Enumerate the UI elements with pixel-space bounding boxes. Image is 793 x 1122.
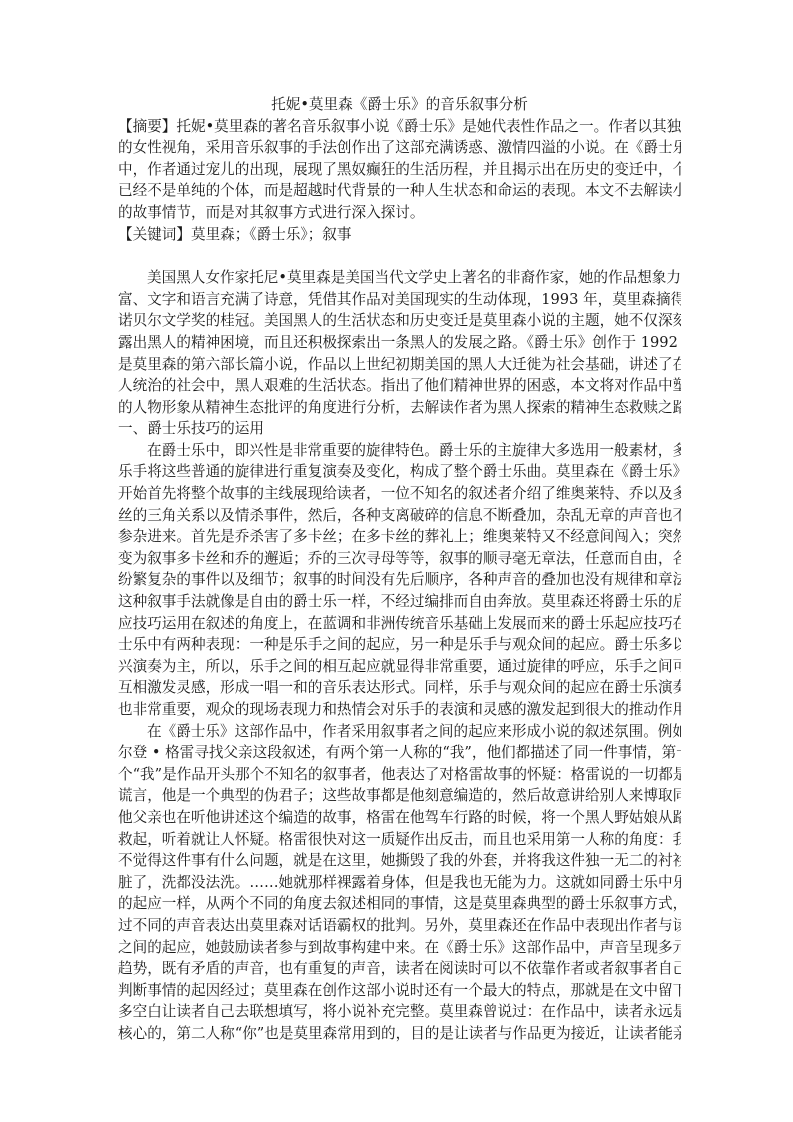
section1-paragraph-2: 在《爵士乐》这部作品中，作者采用叙事者之间的起应来形成小说的叙述氛围。例如戈 尔… — [118, 721, 681, 1045]
intro-paragraph: 美国黑人女作家托尼•莫里森是美国当代文学史上著名的非裔作家，她的作品想象力丰 富… — [118, 267, 681, 418]
abstract-line: 已经不是单纯的个体，而是超越时代背景的一种人生状态和命运的表现。本文不去解读小说 — [118, 180, 681, 202]
paragraph-line: 过不同的声音表达出莫里森对话语霸权的批判。另外，莫里森还在作品中表现出作者与读者 — [118, 915, 681, 937]
abstract-line: 中，作者通过宠儿的出现，展现了黑奴癫狂的生活历程，并且揭示出在历史的变迁中，个人 — [118, 159, 681, 181]
abstract-line: 的故事情节，而是对其叙事方式进行深入探讨。 — [118, 202, 681, 224]
paragraph-line: 救起，听着就让人怀疑。格雷很快对这一质疑作出反击，而且也采用第一人称的角度：我并 — [118, 829, 681, 851]
paragraph-line: 这种叙事手法就像是自由的爵士乐一样，不经过编排而自由奔放。莫里森还将爵士乐的启起 — [118, 591, 681, 613]
paragraph-line: 丝的三角关系以及情杀事件，然后，各种支离破碎的信息不断叠加，杂乱无章的声音也不断 — [118, 505, 681, 527]
paragraph-line: 不觉得这件事有什么问题，就是在这里，她撕毁了我的外套，并将我这件独一无二的衬衫弄 — [118, 850, 681, 872]
abstract: 【摘要】托妮•莫里森的著名音乐叙事小说《爵士乐》是她代表性作品之一。作者以其独特… — [118, 116, 681, 224]
paragraph-line: 参杂进来。首先是乔杀害了多卡丝；在多卡丝的葬礼上；维奥莱特又不经意间闯入；突然转 — [118, 526, 681, 548]
paragraph-line: 脏了，洗都没法洗。……她就那样裸露着身体，但是我也无能为力。这就如同爵士乐中乐手 — [118, 872, 681, 894]
paragraph-line: 之间的起应，她鼓励读者参与到故事构建中来。在《爵士乐》这部作品中，声音呈现多元化 — [118, 937, 681, 959]
paragraph-line: 诺贝尔文学奖的桂冠。美国黑人的生活状态和历史变迁是莫里森小说的主题，她不仅深刻揭 — [118, 310, 681, 332]
paragraph-line: 应技巧运用在叙述的角度上，在蓝调和非洲传统音乐基础上发展而来的爵士乐起应技巧在爵 — [118, 613, 681, 635]
paragraph-line: 露出黑人的精神困境，而且还积极探索出一条黑人的发展之路。《爵士乐》创作于 199… — [118, 332, 681, 354]
paragraph-line: 他父亲也在听他讲述这个编造的故事，格雷在他驾车行路的时候，将一个黑人野姑娘从路边 — [118, 807, 681, 829]
paragraph-line: 富、文字和语言充满了诗意，凭借其作品对美国现实的生动体现，1993 年，莫里森摘… — [118, 289, 681, 311]
paragraph-line: 核心的，第二人称“你”也是莫里森常用到的，目的是让读者与作品更为接近，让读者能亲 — [118, 1023, 681, 1045]
keywords: 【关键词】莫里森；《爵士乐》；叙事 — [118, 224, 681, 246]
paragraph-line: 纷繁复杂的事件以及细节；叙事的时间没有先后顺序，各种声音的叠加也没有规律和章法。 — [118, 569, 681, 591]
spacer — [118, 245, 681, 267]
paragraph-line: 趋势，既有矛盾的声音，也有重复的声音，读者在阅读时可以不依靠作者或者叙事者自己去 — [118, 958, 681, 980]
paragraph-line: 变为叙事多卡丝和乔的邂逅；乔的三次寻母等等，叙事的顺寻毫无章法，任意而自由，各种 — [118, 548, 681, 570]
paragraph-line: 多空白让读者自己去联想填写，将小说补充完整。莫里森曾说过：在作品中，读者永远是最 — [118, 1001, 681, 1023]
paragraph-line: 开始首先将整个故事的主线展现给读者，一位不知名的叙述者介绍了维奥莱特、乔以及多卡 — [118, 483, 681, 505]
document-title: 托妮•莫里森《爵士乐》的音乐叙事分析 — [118, 94, 681, 116]
paragraph-line: 判断事情的起因经过；莫里森在创作这部小说时还有一个最大的特点，那就是在文中留下许 — [118, 980, 681, 1002]
document-page: 托妮•莫里森《爵士乐》的音乐叙事分析 【摘要】托妮•莫里森的著名音乐叙事小说《爵… — [118, 94, 681, 1045]
paragraph-line: 也非常重要，观众的现场表现力和热情会对乐手的表演和灵感的激发起到很大的推动作用。 — [118, 699, 681, 721]
section1-paragraph-1: 在爵士乐中，即兴性是非常重要的旋律特色。爵士乐的主旋律大多选用一般素材，多拉 乐… — [118, 440, 681, 721]
paragraph-line: 在爵士乐中，即兴性是非常重要的旋律特色。爵士乐的主旋律大多选用一般素材，多拉 — [118, 440, 681, 462]
paragraph-line: 的起应一样，从两个不同的角度去叙述相同的事情，这是莫里森典型的爵士乐叙事方式，通 — [118, 893, 681, 915]
paragraph-line: 是莫里森的第六部长篇小说，作品以上世纪初期美国的黑人大迁徙为社会基础，讲述了在白 — [118, 354, 681, 376]
paragraph-line: 谎言，他是一个典型的伪君子；这些故事都是他刻意编造的，然后故意讲给别人来博取同情… — [118, 785, 681, 807]
paragraph-line: 尔登 • 格雷寻找父亲这段叙述，有两个第一人称的“我”，他们都描述了同一件事情，… — [118, 742, 681, 764]
paragraph-line: 在《爵士乐》这部作品中，作者采用叙事者之间的起应来形成小说的叙述氛围。例如戈 — [118, 721, 681, 743]
paragraph-line: 的人物形象从精神生态批评的角度进行分析，去解读作者为黑人探索的精神生态救赎之路。 — [118, 397, 681, 419]
paragraph-line: 人统治的社会中，黑人艰难的生活状态。指出了他们精神世界的困惑，本文将对作品中塑造 — [118, 375, 681, 397]
abstract-line: 的女性视角，采用音乐叙事的手法创作出了这部充满诱惑、激情四溢的小说。在《爵士乐》 — [118, 137, 681, 159]
paragraph-line: 个“我”是作品开头那个不知名的叙事者，他表达了对格雷故事的怀疑：格雷说的一切都是 — [118, 764, 681, 786]
section-heading: 一、爵士乐技巧的运用 — [118, 418, 681, 440]
paragraph-line: 士乐中有两种表现：一种是乐手之间的起应，另一种是乐手与观众间的起应。爵士乐多以即 — [118, 634, 681, 656]
abstract-line: 【摘要】托妮•莫里森的著名音乐叙事小说《爵士乐》是她代表性作品之一。作者以其独特 — [118, 116, 681, 138]
paragraph-line: 互相激发灵感，形成一唱一和的音乐表达形式。同样，乐手与观众间的起应在爵士乐演奏中 — [118, 677, 681, 699]
paragraph-line: 兴演奏为主，所以，乐手之间的相互起应就显得非常重要，通过旋律的呼应，乐手之间可以 — [118, 656, 681, 678]
paragraph-line: 美国黑人女作家托尼•莫里森是美国当代文学史上著名的非裔作家，她的作品想象力丰 — [118, 267, 681, 289]
paragraph-line: 乐手将这些普通的旋律进行重复演奏及变化，构成了整个爵士乐曲。莫里森在《爵士乐》的 — [118, 461, 681, 483]
